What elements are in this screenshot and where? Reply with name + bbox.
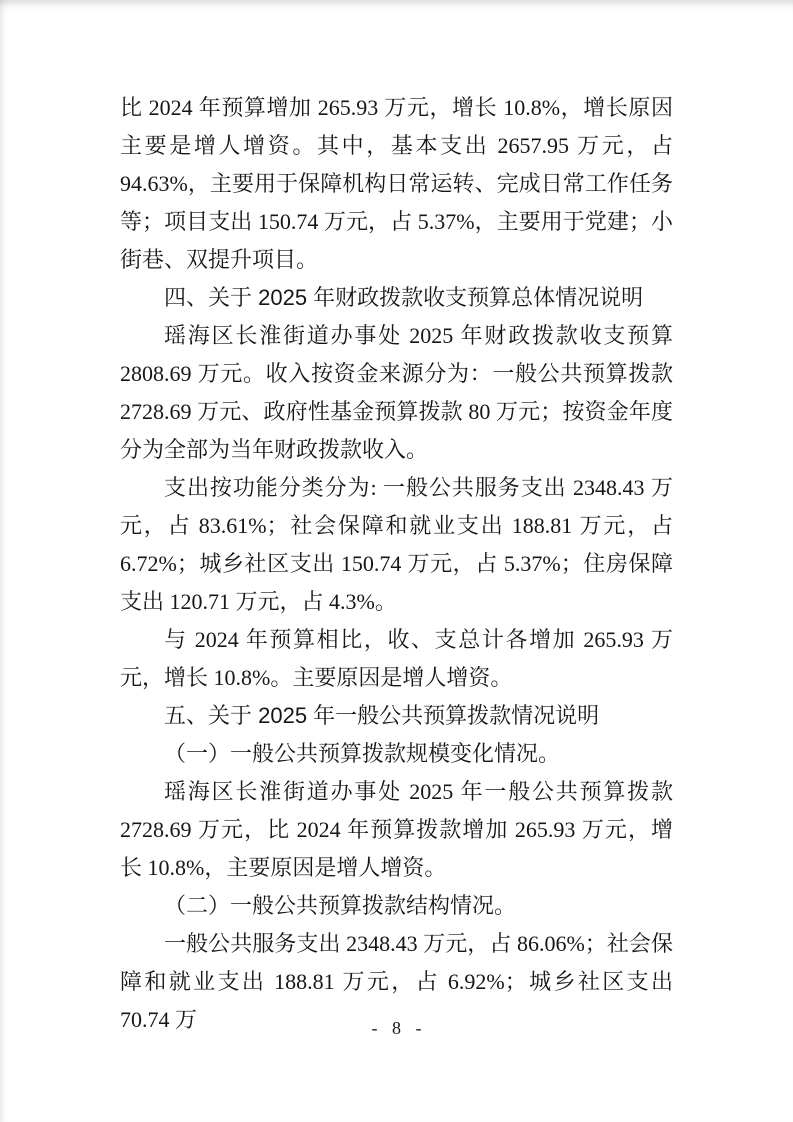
- paragraph-scale-change: 瑶海区长淮街道办事处 2025 年一般公共预算拨款 2728.69 万元，比 2…: [120, 773, 673, 887]
- document-content: 比 2024 年预算增加 265.93 万元，增长 10.8%，增长原因主要是增…: [120, 89, 673, 1039]
- page-number: - 8 -: [0, 1018, 793, 1039]
- paragraph-comparison-2024: 与 2024 年预算相比，收、支总计各增加 265.93 万元，增长 10.8%…: [120, 621, 673, 697]
- subsection-heading-2: （二）一般公共预算拨款结构情况。: [120, 887, 673, 925]
- paragraph-continuation: 比 2024 年预算增加 265.93 万元，增长 10.8%，增长原因主要是增…: [120, 89, 673, 279]
- document-page: 比 2024 年预算增加 265.93 万元，增长 10.8%，增长原因主要是增…: [0, 0, 793, 1122]
- paragraph-expenditure-by-function: 支出按功能分类分为: 一般公共服务支出 2348.43 万元，占 83.61%；…: [120, 469, 673, 621]
- section-heading-4: 四、关于 2025 年财政拨款收支预算总体情况说明: [120, 279, 673, 317]
- section-heading-5: 五、关于 2025 年一般公共预算拨款情况说明: [120, 697, 673, 735]
- paragraph-fiscal-appropriation-total: 瑶海区长淮街道办事处 2025 年财政拨款收支预算 2808.69 万元。收入按…: [120, 317, 673, 469]
- subsection-heading-1: （一）一般公共预算拨款规模变化情况。: [120, 735, 673, 773]
